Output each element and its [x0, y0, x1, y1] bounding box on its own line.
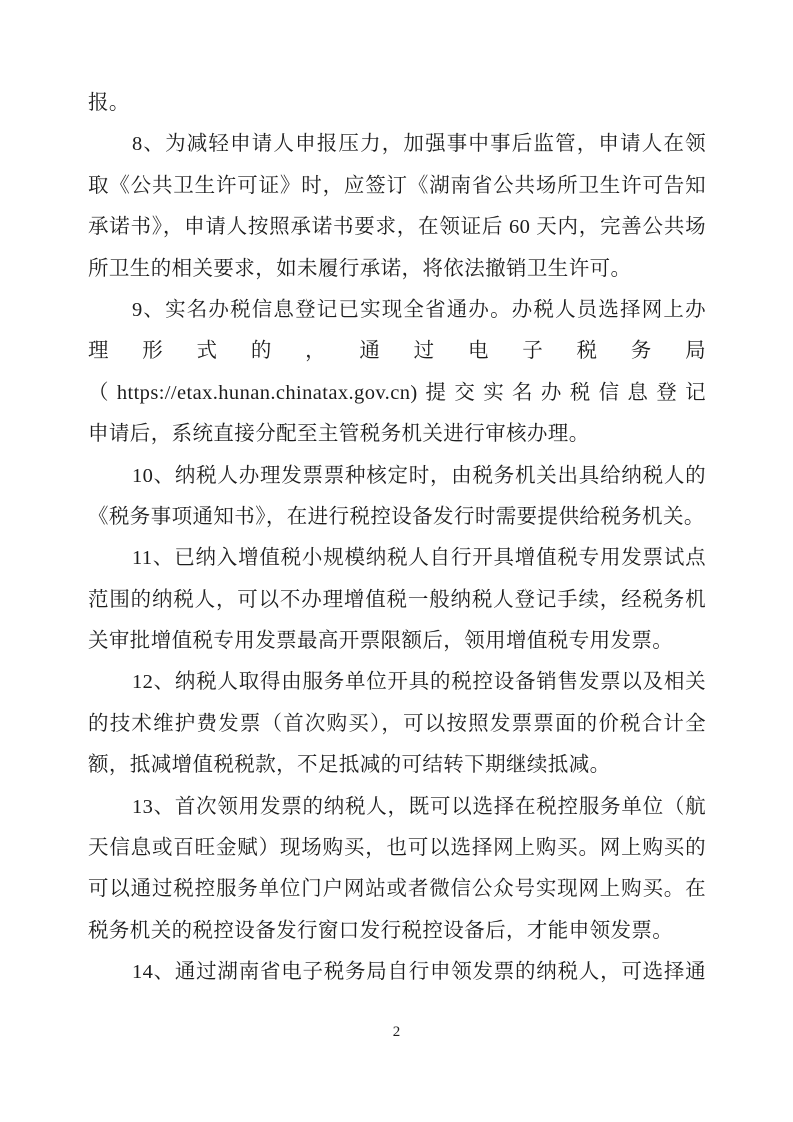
- text-line: 所卫生的相关要求，如未履行承诺，将依法撤销卫生许可。: [88, 249, 706, 290]
- text-line: 额，抵减增值税税款，不足抵减的可结转下期继续抵减。: [88, 745, 706, 786]
- text-line: 13、首次领用发票的纳税人，既可以选择在税控服务单位（航: [88, 787, 706, 828]
- text-line: 14、通过湖南省电子税务局自行申领发票的纳税人，可选择通: [88, 952, 706, 993]
- text-line: 的技术维护费发票（首次购买），可以按照发票票面的价税合计全: [88, 704, 706, 745]
- text-line: 11、已纳入增值税小规模纳税人自行开具增值税专用发票试点: [88, 538, 706, 579]
- text-line: 申请后，系统直接分配至主管税务机关进行审核办理。: [88, 414, 706, 455]
- text-line: （https://etax.hunan.chinatax.gov.cn)提交实名…: [88, 373, 706, 414]
- text-line: 承诺书》，申请人按照承诺书要求，在领证后 60 天内，完善公共场: [88, 207, 706, 248]
- text-line: 可以通过税控服务单位门户网站或者微信公众号实现网上购买。在: [88, 869, 706, 910]
- text-line: 天信息或百旺金赋）现场购买，也可以选择网上购买。网上购买的: [88, 828, 706, 869]
- document-body-text: 报。 8、为减轻申请人申报压力，加强事中事后监管，申请人在领 取《公共卫生许可证…: [88, 83, 706, 994]
- page-number: 2: [0, 1022, 793, 1042]
- text-line: 税务机关的税控设备发行窗口发行税控设备后，才能申领发票。: [88, 911, 706, 952]
- text-line: 报。: [88, 83, 706, 124]
- document-page: 报。 8、为减轻申请人申报压力，加强事中事后监管，申请人在领 取《公共卫生许可证…: [0, 0, 793, 1122]
- text-line: 10、纳税人办理发票票种核定时，由税务机关出具给纳税人的: [88, 456, 706, 497]
- text-line: 12、纳税人取得由服务单位开具的税控设备销售发票以及相关: [88, 662, 706, 703]
- text-line: 9、实名办税信息登记已实现全省通办。办税人员选择网上办: [88, 290, 706, 331]
- text-line: 范围的纳税人，可以不办理增值税一般纳税人登记手续，经税务机: [88, 580, 706, 621]
- text-line: 理形式的，通过电子税务局: [88, 331, 706, 372]
- text-line: 关审批增值税专用发票最高开票限额后，领用增值税专用发票。: [88, 621, 706, 662]
- text-line: 8、为减轻申请人申报压力，加强事中事后监管，申请人在领: [88, 124, 706, 165]
- text-line: 《税务事项通知书》，在进行税控设备发行时需要提供给税务机关。: [88, 497, 706, 538]
- text-line: 取《公共卫生许可证》时，应签订《湖南省公共场所卫生许可告知: [88, 166, 706, 207]
